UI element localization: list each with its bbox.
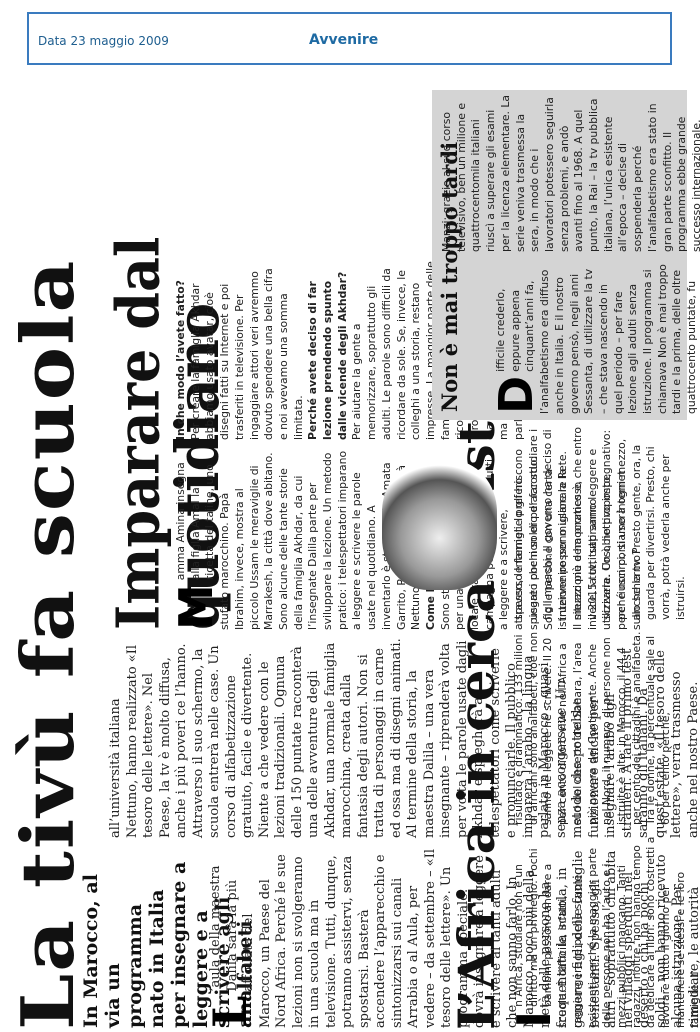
sidebar-drop-cap: D [496, 376, 536, 414]
children-illustration-icon [382, 460, 497, 590]
interview-drop-cap: M [176, 584, 216, 630]
publication-name: Avvenire [309, 32, 378, 48]
africa-col1: In Africa, studiare non è un diritto ma … [512, 833, 700, 1028]
newspaper-page: La tivù fa scuola In Marocco, al via un … [12, 80, 692, 1030]
main-headline: La tivù fa scuola [12, 259, 84, 1030]
africa-col3: spesso, le famiglie preferiscono usare i… [512, 425, 688, 620]
clipping-header: Data 23 maggio 2009 Avvenire [27, 12, 672, 65]
interview-question-2: In che modo l’avete fatto? [174, 260, 189, 440]
clipping-date: Data 23 maggio 2009 [38, 34, 169, 48]
sidebar-box: Non è mai troppo tardi Difficile crederl… [432, 90, 687, 420]
interview-question-3: Perché avete deciso di far lezione prend… [306, 260, 350, 440]
interview-answer-2: Per creare la famiglia Akhdar abbiamo us… [189, 268, 305, 440]
africa-drop-cap: I [514, 1011, 554, 1028]
main-drop-cap: L [210, 996, 250, 1028]
africa-col2: risultato è drammatico: 133 milioni di a… [512, 630, 674, 825]
sidebar-col2: Manzi: grazie al suo corso televisivo, b… [440, 94, 700, 252]
sidebar-col1: Difficile crederlo, eppure appena cinqua… [494, 264, 700, 414]
